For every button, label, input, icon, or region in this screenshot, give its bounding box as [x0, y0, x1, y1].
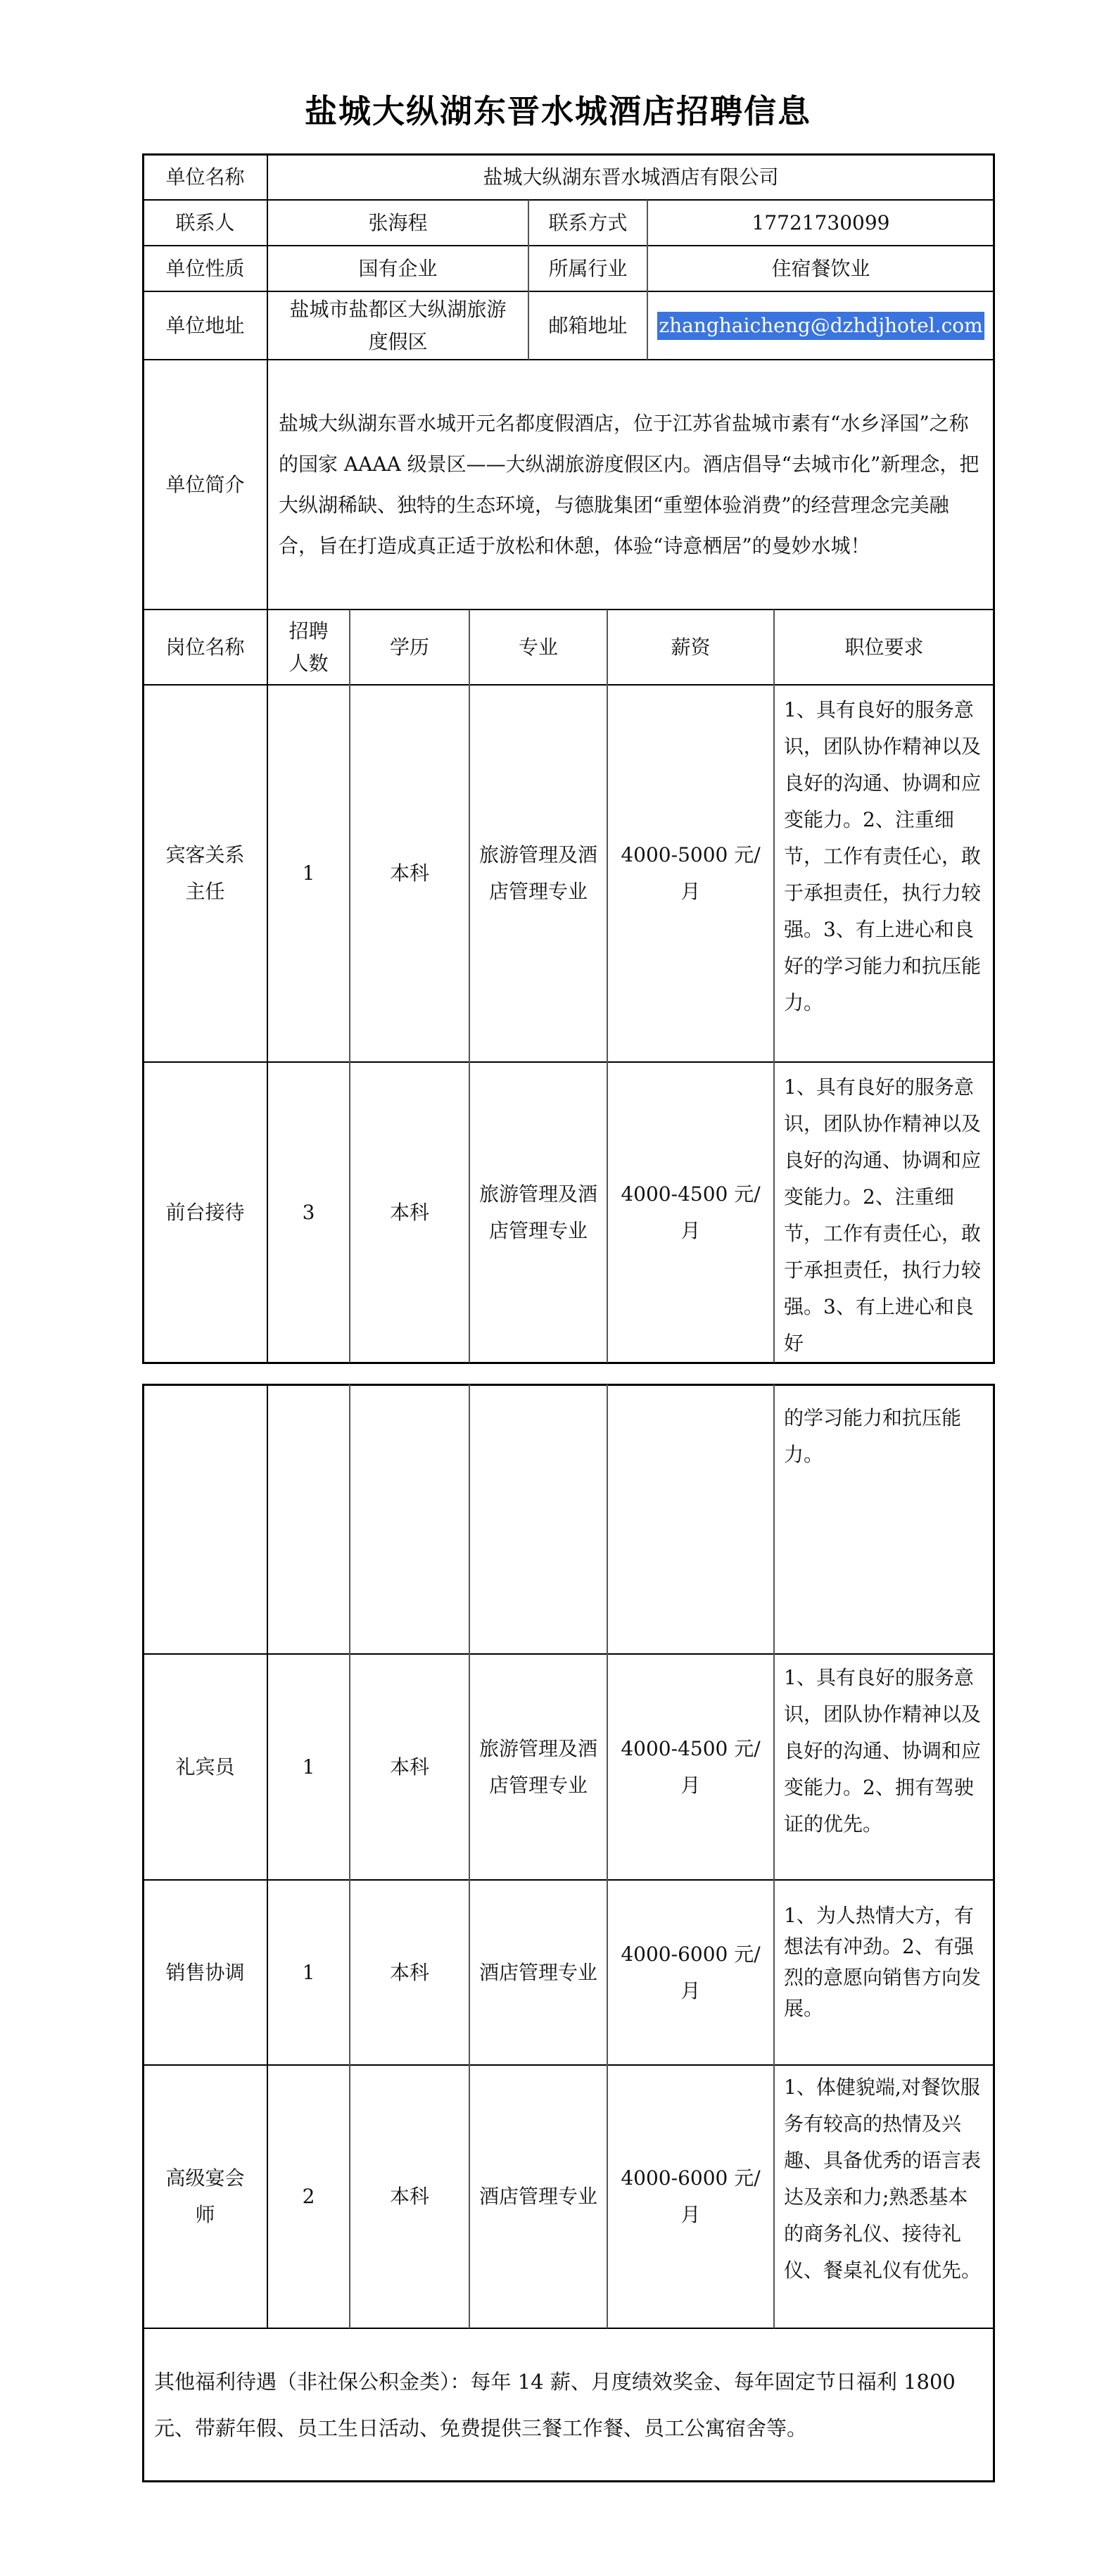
job-major: 酒店管理专业 — [469, 1880, 607, 2065]
job-requirements: 1、具有良好的服务意识，团队协作精神以及良好的沟通、协调和应变能力。2、拥有驾驶… — [774, 1654, 994, 1880]
email-cell: zhanghaicheng@dzhdjhotel.com — [647, 291, 994, 360]
page-title: 盐城大纵湖东晋水城酒店招聘信息 — [0, 90, 1116, 132]
job-education: 本科 — [350, 1654, 469, 1880]
job-requirements-continued: 的学习能力和抗压能力。 — [774, 1384, 994, 1654]
address-value: 盐城市盐都区大纵湖旅游度假区 — [267, 291, 528, 360]
email-label: 邮箱地址 — [528, 291, 647, 360]
job-salary: 4000-5000 元/月 — [607, 685, 774, 1062]
job-count: 2 — [267, 2065, 350, 2328]
industry-label: 所属行业 — [528, 246, 647, 291]
job-count: 1 — [267, 1880, 350, 2065]
company-name-value: 盐城大纵湖东晋水城酒店有限公司 — [267, 154, 994, 200]
job-major: 酒店管理专业 — [469, 2065, 607, 2328]
company-type-value: 国有企业 — [267, 246, 528, 291]
industry-value: 住宿餐饮业 — [647, 246, 994, 291]
job-requirements: 1、为人热情大方，有想法有冲劲。2、有强烈的意愿向销售方向发展。 — [774, 1880, 994, 2065]
header-requirements: 职位要求 — [774, 610, 994, 685]
job-major: 旅游管理及酒店管理专业 — [469, 685, 607, 1062]
job-education: 本科 — [350, 685, 469, 1062]
phone-label: 联系方式 — [528, 200, 647, 246]
contact-value: 张海程 — [267, 200, 528, 246]
address-label: 单位地址 — [143, 291, 267, 360]
job-requirements: 1、具有良好的服务意识，团队协作精神以及良好的沟通、协调和应变能力。2、注重细节… — [774, 685, 994, 1062]
job-position: 礼宾员 — [143, 1654, 267, 1880]
header-education: 学历 — [350, 610, 469, 685]
job-salary: 4000-4500 元/月 — [607, 1062, 774, 1363]
job-major: 旅游管理及酒店管理专业 — [469, 1062, 607, 1363]
job-education: 本科 — [350, 2065, 469, 2328]
job-count: 1 — [267, 1654, 350, 1880]
job-count: 1 — [267, 685, 350, 1062]
email-link[interactable]: zhanghaicheng@dzhdjhotel.com — [657, 312, 984, 340]
benefits-text: 其他福利待遇（非社保公积金类）：每年 14 薪、月度绩效奖金、每年固定节日福利 … — [143, 2328, 994, 2481]
job-requirements: 1、体健貌端,对餐饮服务有较高的热情及兴趣、具备优秀的语言表达及亲和力;熟悉基本… — [774, 2065, 994, 2328]
job-position: 高级宴会师 — [143, 2065, 267, 2328]
header-count: 招聘人数 — [267, 610, 350, 685]
job-education: 本科 — [350, 1062, 469, 1363]
job-salary: 4000-6000 元/月 — [607, 2065, 774, 2328]
job-salary: 4000-4500 元/月 — [607, 1654, 774, 1880]
job-education: 本科 — [350, 1880, 469, 2065]
header-position: 岗位名称 — [143, 610, 267, 685]
job-salary: 4000-6000 元/月 — [607, 1880, 774, 2065]
contact-label: 联系人 — [143, 200, 267, 246]
company-name-label: 单位名称 — [143, 154, 267, 200]
intro-label: 单位简介 — [143, 360, 267, 610]
header-major: 专业 — [469, 610, 607, 685]
phone-value: 17721730099 — [647, 200, 994, 246]
company-type-label: 单位性质 — [143, 246, 267, 291]
job-count: 3 — [267, 1062, 350, 1363]
header-salary: 薪资 — [607, 610, 774, 685]
intro-value: 盐城大纵湖东晋水城开元名都度假酒店，位于江苏省盐城市素有“水乡泽国”之称的国家 … — [267, 360, 994, 610]
job-major: 旅游管理及酒店管理专业 — [469, 1654, 607, 1880]
job-requirements: 1、具有良好的服务意识，团队协作精神以及良好的沟通、协调和应变能力。2、注重细节… — [774, 1062, 994, 1363]
job-position: 宾客关系主任 — [143, 685, 267, 1062]
job-position: 销售协调 — [143, 1880, 267, 2065]
job-position: 前台接待 — [143, 1062, 267, 1363]
